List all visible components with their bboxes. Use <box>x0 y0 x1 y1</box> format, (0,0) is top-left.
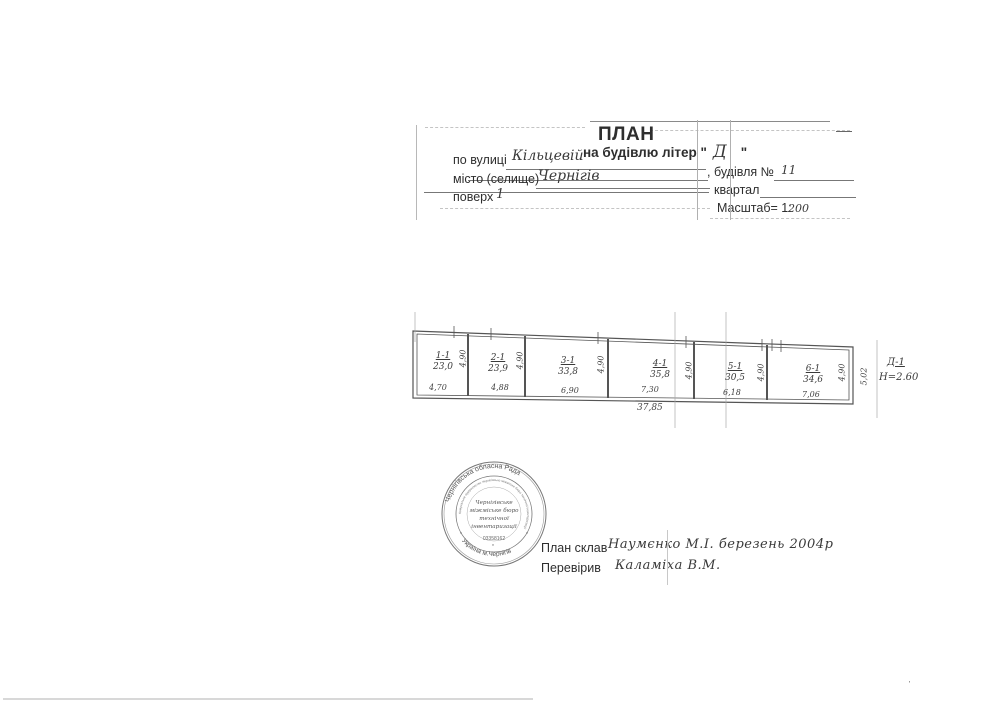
room-1-length: 4,70 <box>429 383 447 392</box>
svg-text:*: * <box>526 532 528 538</box>
document-subtitle: на будівлю літер "Д" <box>583 142 747 162</box>
room-4-label: 4-1 35,8 <box>640 359 680 381</box>
end-height-dim: 5,02 <box>859 368 868 386</box>
building-no-underline <box>774 180 854 181</box>
subtitle-suffix: " <box>741 145 747 160</box>
room-5-label: 5-1 30,5 <box>715 362 755 384</box>
scan-line <box>425 127 585 128</box>
room-id: 5-1 <box>715 362 755 373</box>
room-3-width: 4,90 <box>596 356 605 374</box>
scan-line <box>440 208 710 209</box>
room-area: 30,5 <box>715 373 755 384</box>
city-underline <box>536 188 710 189</box>
scan-vline <box>667 530 668 585</box>
floor-value: 1 <box>496 187 504 202</box>
official-stamp: Чернігівська обласна Рада Україна м.Черн… <box>440 460 548 568</box>
room-area: 33,8 <box>548 367 588 378</box>
checked-label: Перевірив <box>541 561 601 575</box>
room-5-width: 4,90 <box>756 364 765 382</box>
building-letter: Д <box>713 142 727 162</box>
ceiling-height: H=2.60 <box>879 372 918 383</box>
scan-vline <box>730 120 731 220</box>
scan-vline <box>697 120 698 220</box>
compiled-value: Наумєнко М.І. березень 2004р <box>608 537 833 552</box>
svg-text:Чернігівське: Чернігівське <box>475 500 513 506</box>
scan-line <box>710 218 850 219</box>
building-no-label: , будівля № <box>707 165 774 179</box>
room-area: 35,8 <box>640 370 680 381</box>
room-2-width: 4,90 <box>515 352 524 370</box>
room-id: 3-1 <box>548 356 588 367</box>
room-2-length: 4,88 <box>491 383 509 392</box>
room-3-label: 3-1 33,8 <box>548 356 588 378</box>
street-value: Кільцевій <box>512 148 584 164</box>
floor-label: поверх <box>453 190 493 204</box>
room-2-label: 2-1 23,9 <box>478 353 518 375</box>
compiled-label: План склав <box>541 541 607 555</box>
city-label: місто (селище) <box>453 172 539 186</box>
scan-line <box>836 131 852 132</box>
subtitle-prefix: на будівлю літер " <box>583 145 707 160</box>
room-3-length: 6,90 <box>561 386 579 395</box>
scale-value: 200 <box>788 202 809 215</box>
scan-vline <box>416 125 417 220</box>
room-1-width: 4,90 <box>458 350 467 368</box>
quarter-label: квартал <box>714 183 759 197</box>
scan-line <box>650 130 850 131</box>
block-label: Д-1 <box>887 357 905 368</box>
room-4-width: 4,90 <box>684 362 693 380</box>
svg-text:інвентаризації: інвентаризації <box>471 524 518 530</box>
quarter-underline <box>760 197 856 198</box>
svg-text:*: * <box>492 544 494 550</box>
room-area: 23,9 <box>478 364 518 375</box>
svg-text:*: * <box>460 532 462 538</box>
room-6-width: 4,90 <box>837 364 846 382</box>
room-6-length: 7,06 <box>802 390 820 399</box>
scan-edge <box>3 698 533 700</box>
room-area: 34,6 <box>793 375 833 386</box>
room-id: 2-1 <box>478 353 518 364</box>
svg-text:03358162: 03358162 <box>483 536 505 542</box>
street-underline <box>506 169 706 170</box>
scale-label: Масштаб= 1: <box>717 201 792 215</box>
floor-plan: 1-1 23,0 4,70 4,90 2-1 23,9 4,88 4,90 3-… <box>405 300 925 430</box>
total-length: 37,85 <box>637 403 663 413</box>
street-label: по вулиці <box>453 153 507 167</box>
room-id: 4-1 <box>640 359 680 370</box>
room-5-length: 6,18 <box>723 388 741 397</box>
svg-text:технічної: технічної <box>479 516 510 522</box>
room-id: 6-1 <box>793 364 833 375</box>
city-value: Чернігів <box>538 168 599 184</box>
building-no-value: 11 <box>781 163 796 177</box>
room-6-label: 6-1 34,6 <box>793 364 833 386</box>
page-mark: ' <box>909 681 910 688</box>
top-rule <box>590 121 830 122</box>
svg-text:міжміське бюро: міжміське бюро <box>469 507 519 514</box>
room-4-length: 7,30 <box>641 385 659 394</box>
